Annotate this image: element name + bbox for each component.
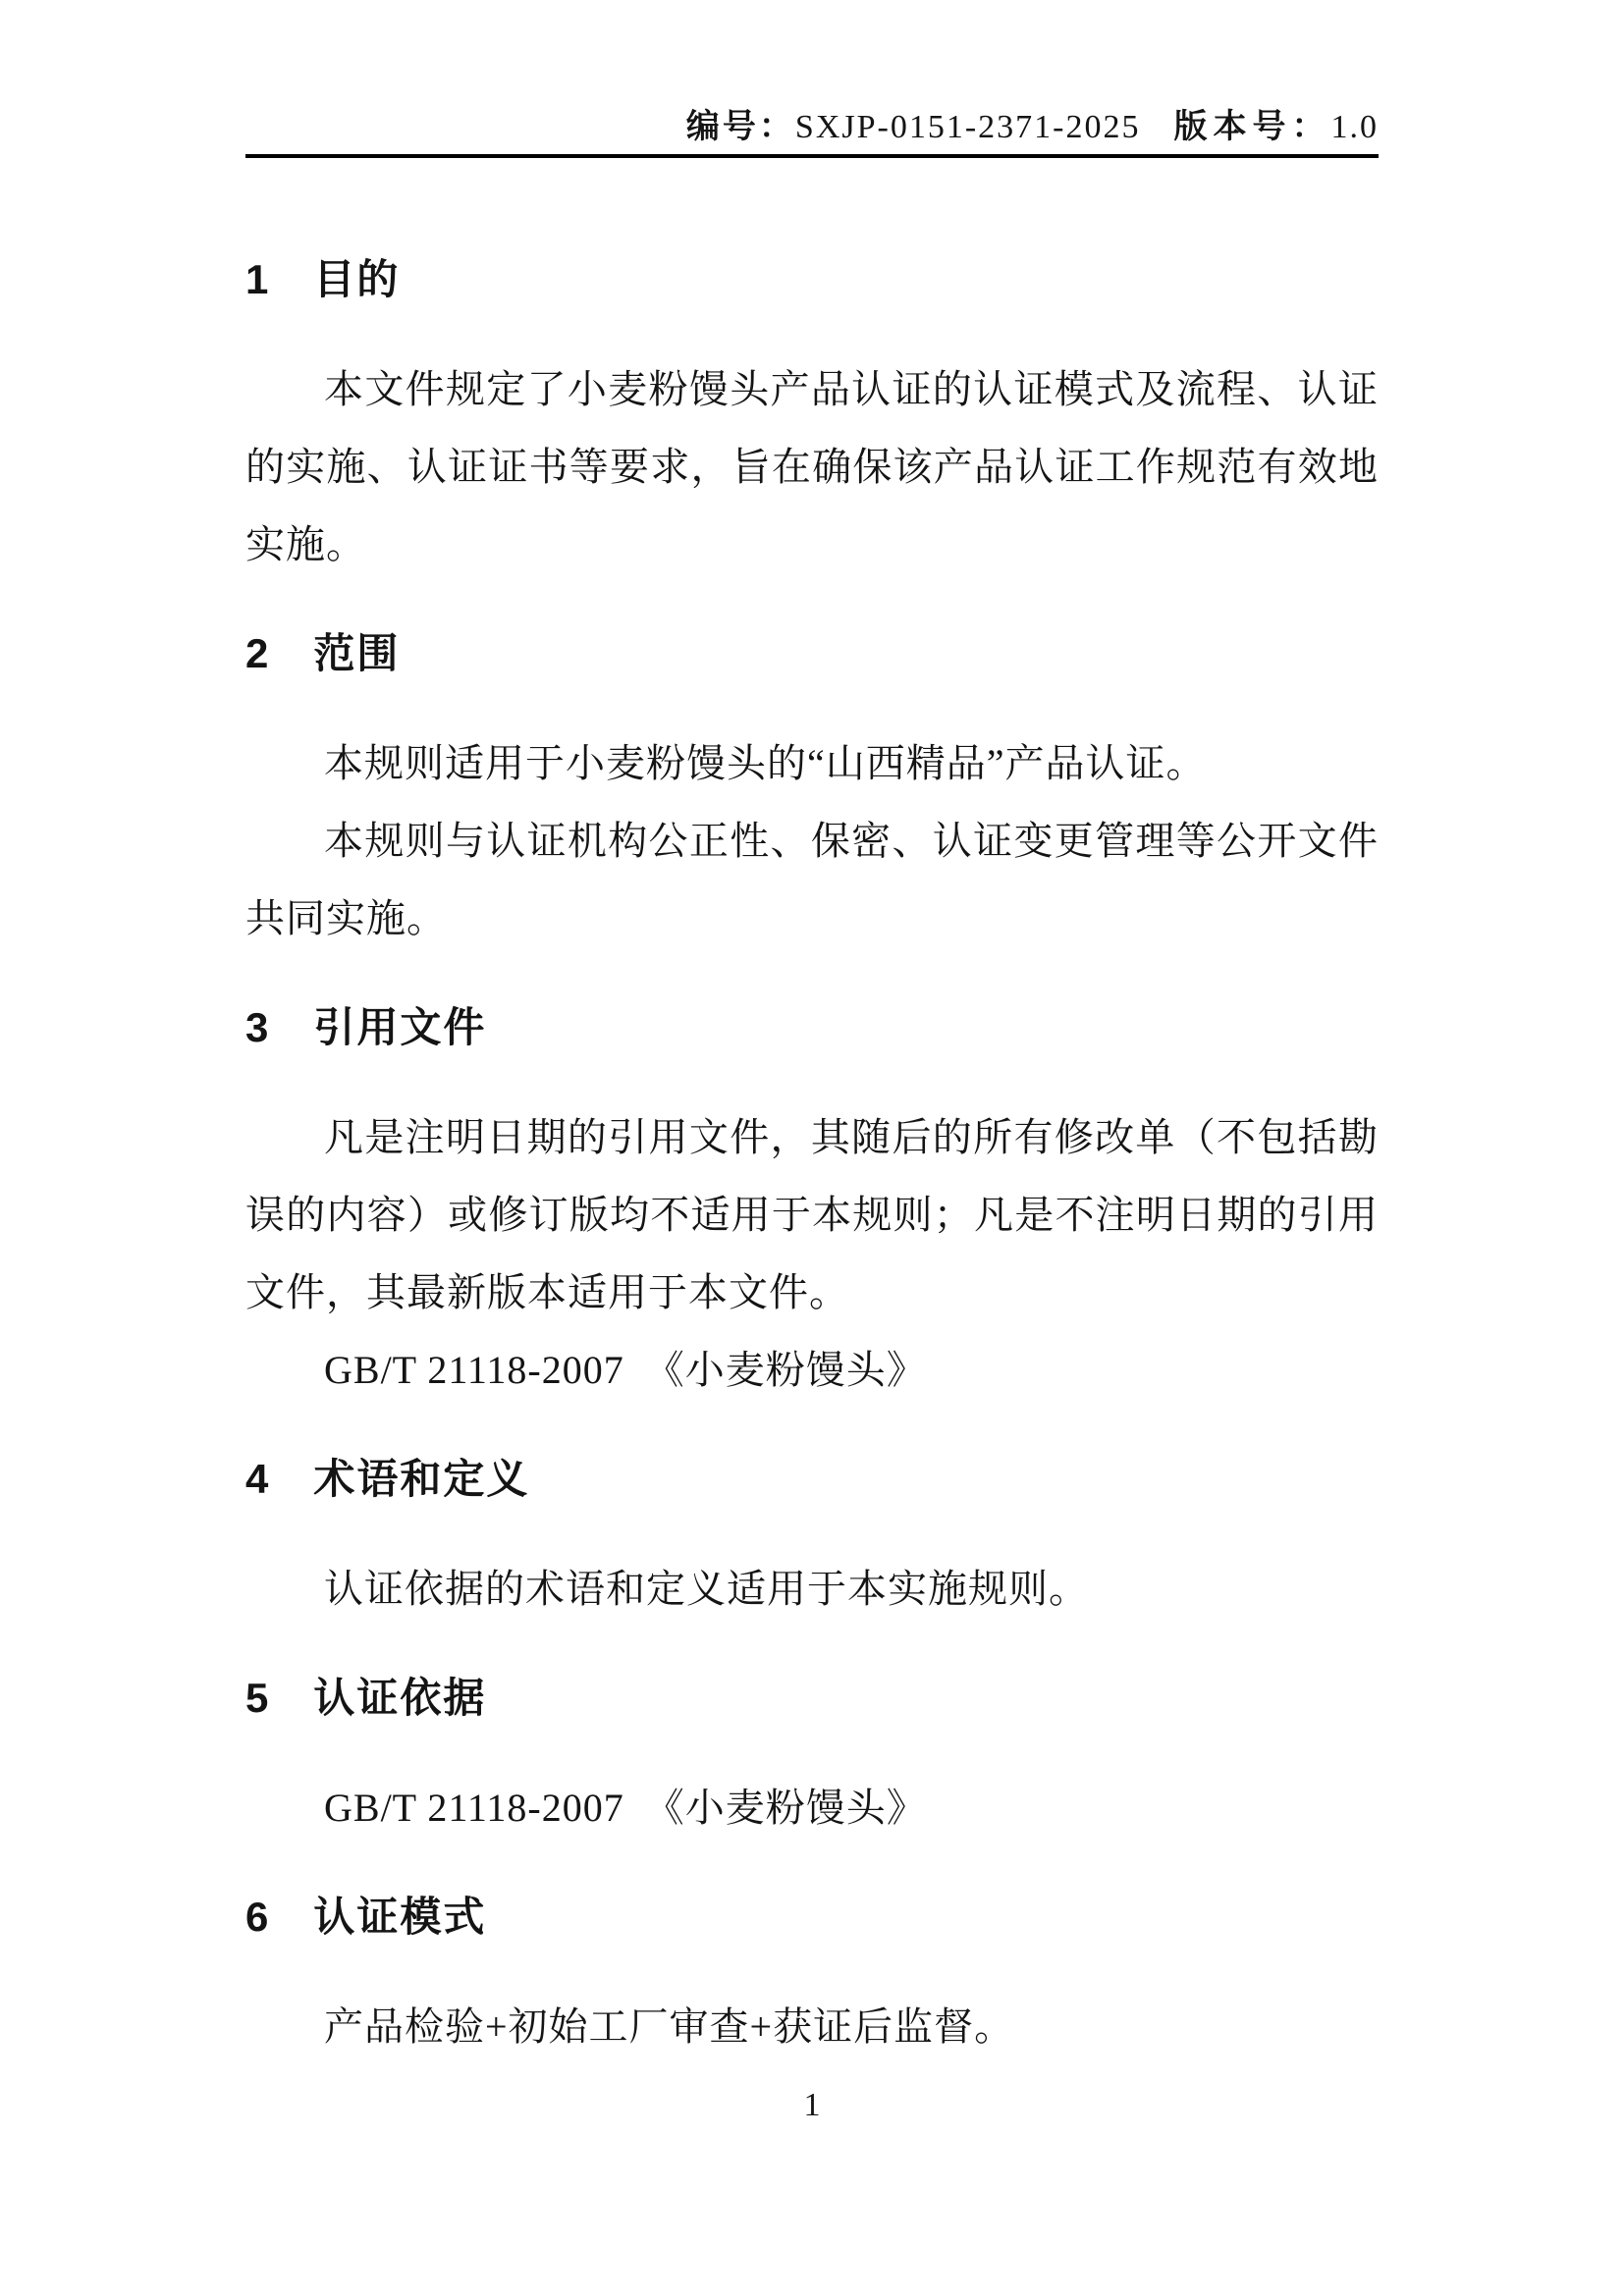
section-scope: 2 范围 本规则适用于小麦粉馒头的“山西精品”产品认证。 本规则与认证机构公正性… xyxy=(245,630,1379,957)
section-heading-referenced-documents: 3 引用文件 xyxy=(245,1004,1379,1051)
section-heading-purpose: 1 目的 xyxy=(245,256,1379,303)
section-purpose: 1 目的 本文件规定了小麦粉馒头产品认证的认证模式及流程、认证的实施、认证证书等… xyxy=(245,256,1379,583)
section-certification-basis: 5 认证依据 GB/T 21118-2007 《小麦粉馒头》 xyxy=(245,1675,1379,1846)
paragraph: 凡是注明日期的引用文件，其随后的所有修改单（不包括勘误的内容）或修订版均不适用于… xyxy=(245,1098,1379,1331)
paragraph: 产品检验+初始工厂审查+获证后监督。 xyxy=(245,1988,1379,2065)
section-certification-mode: 6 认证模式 产品检验+初始工厂审查+获证后监督。 xyxy=(245,1894,1379,2065)
page-number: 1 xyxy=(0,2087,1624,2124)
version-label: 版本号： xyxy=(1174,108,1331,145)
paragraph: 本规则与认证机构公正性、保密、认证变更管理等公开文件共同实施。 xyxy=(245,802,1379,957)
section-terms-definitions: 4 术语和定义 认证依据的术语和定义适用于本实施规则。 xyxy=(245,1456,1379,1628)
section-heading-certification-basis: 5 认证依据 xyxy=(245,1675,1379,1722)
doc-number-label: 编号： xyxy=(686,108,795,145)
paragraph: 本文件规定了小麦粉馒头产品认证的认证模式及流程、认证的实施、认证证书等要求，旨在… xyxy=(245,350,1379,583)
paragraph: 认证依据的术语和定义适用于本实施规则。 xyxy=(245,1550,1379,1628)
document-body: 1 目的 本文件规定了小麦粉馒头产品认证的认证模式及流程、认证的实施、认证证书等… xyxy=(245,158,1379,2065)
section-heading-scope: 2 范围 xyxy=(245,630,1379,677)
section-heading-certification-mode: 6 认证模式 xyxy=(245,1894,1379,1941)
standard-reference: GB/T 21118-2007 《小麦粉馒头》 xyxy=(245,1769,1379,1846)
document-page: 编号：SXJP-0151-2371-2025版本号：1.0 1 目的 本文件规定… xyxy=(0,0,1624,2296)
section-referenced-documents: 3 引用文件 凡是注明日期的引用文件，其随后的所有修改单（不包括勘误的内容）或修… xyxy=(245,1004,1379,1409)
doc-number-value: SXJP-0151-2371-2025 xyxy=(795,109,1141,145)
section-heading-terms-definitions: 4 术语和定义 xyxy=(245,1456,1379,1503)
document-header: 编号：SXJP-0151-2371-2025版本号：1.0 xyxy=(245,0,1379,146)
paragraph: 本规则适用于小麦粉馒头的“山西精品”产品认证。 xyxy=(245,724,1379,802)
version-value: 1.0 xyxy=(1331,109,1380,145)
standard-reference: GB/T 21118-2007 《小麦粉馒头》 xyxy=(245,1331,1379,1409)
